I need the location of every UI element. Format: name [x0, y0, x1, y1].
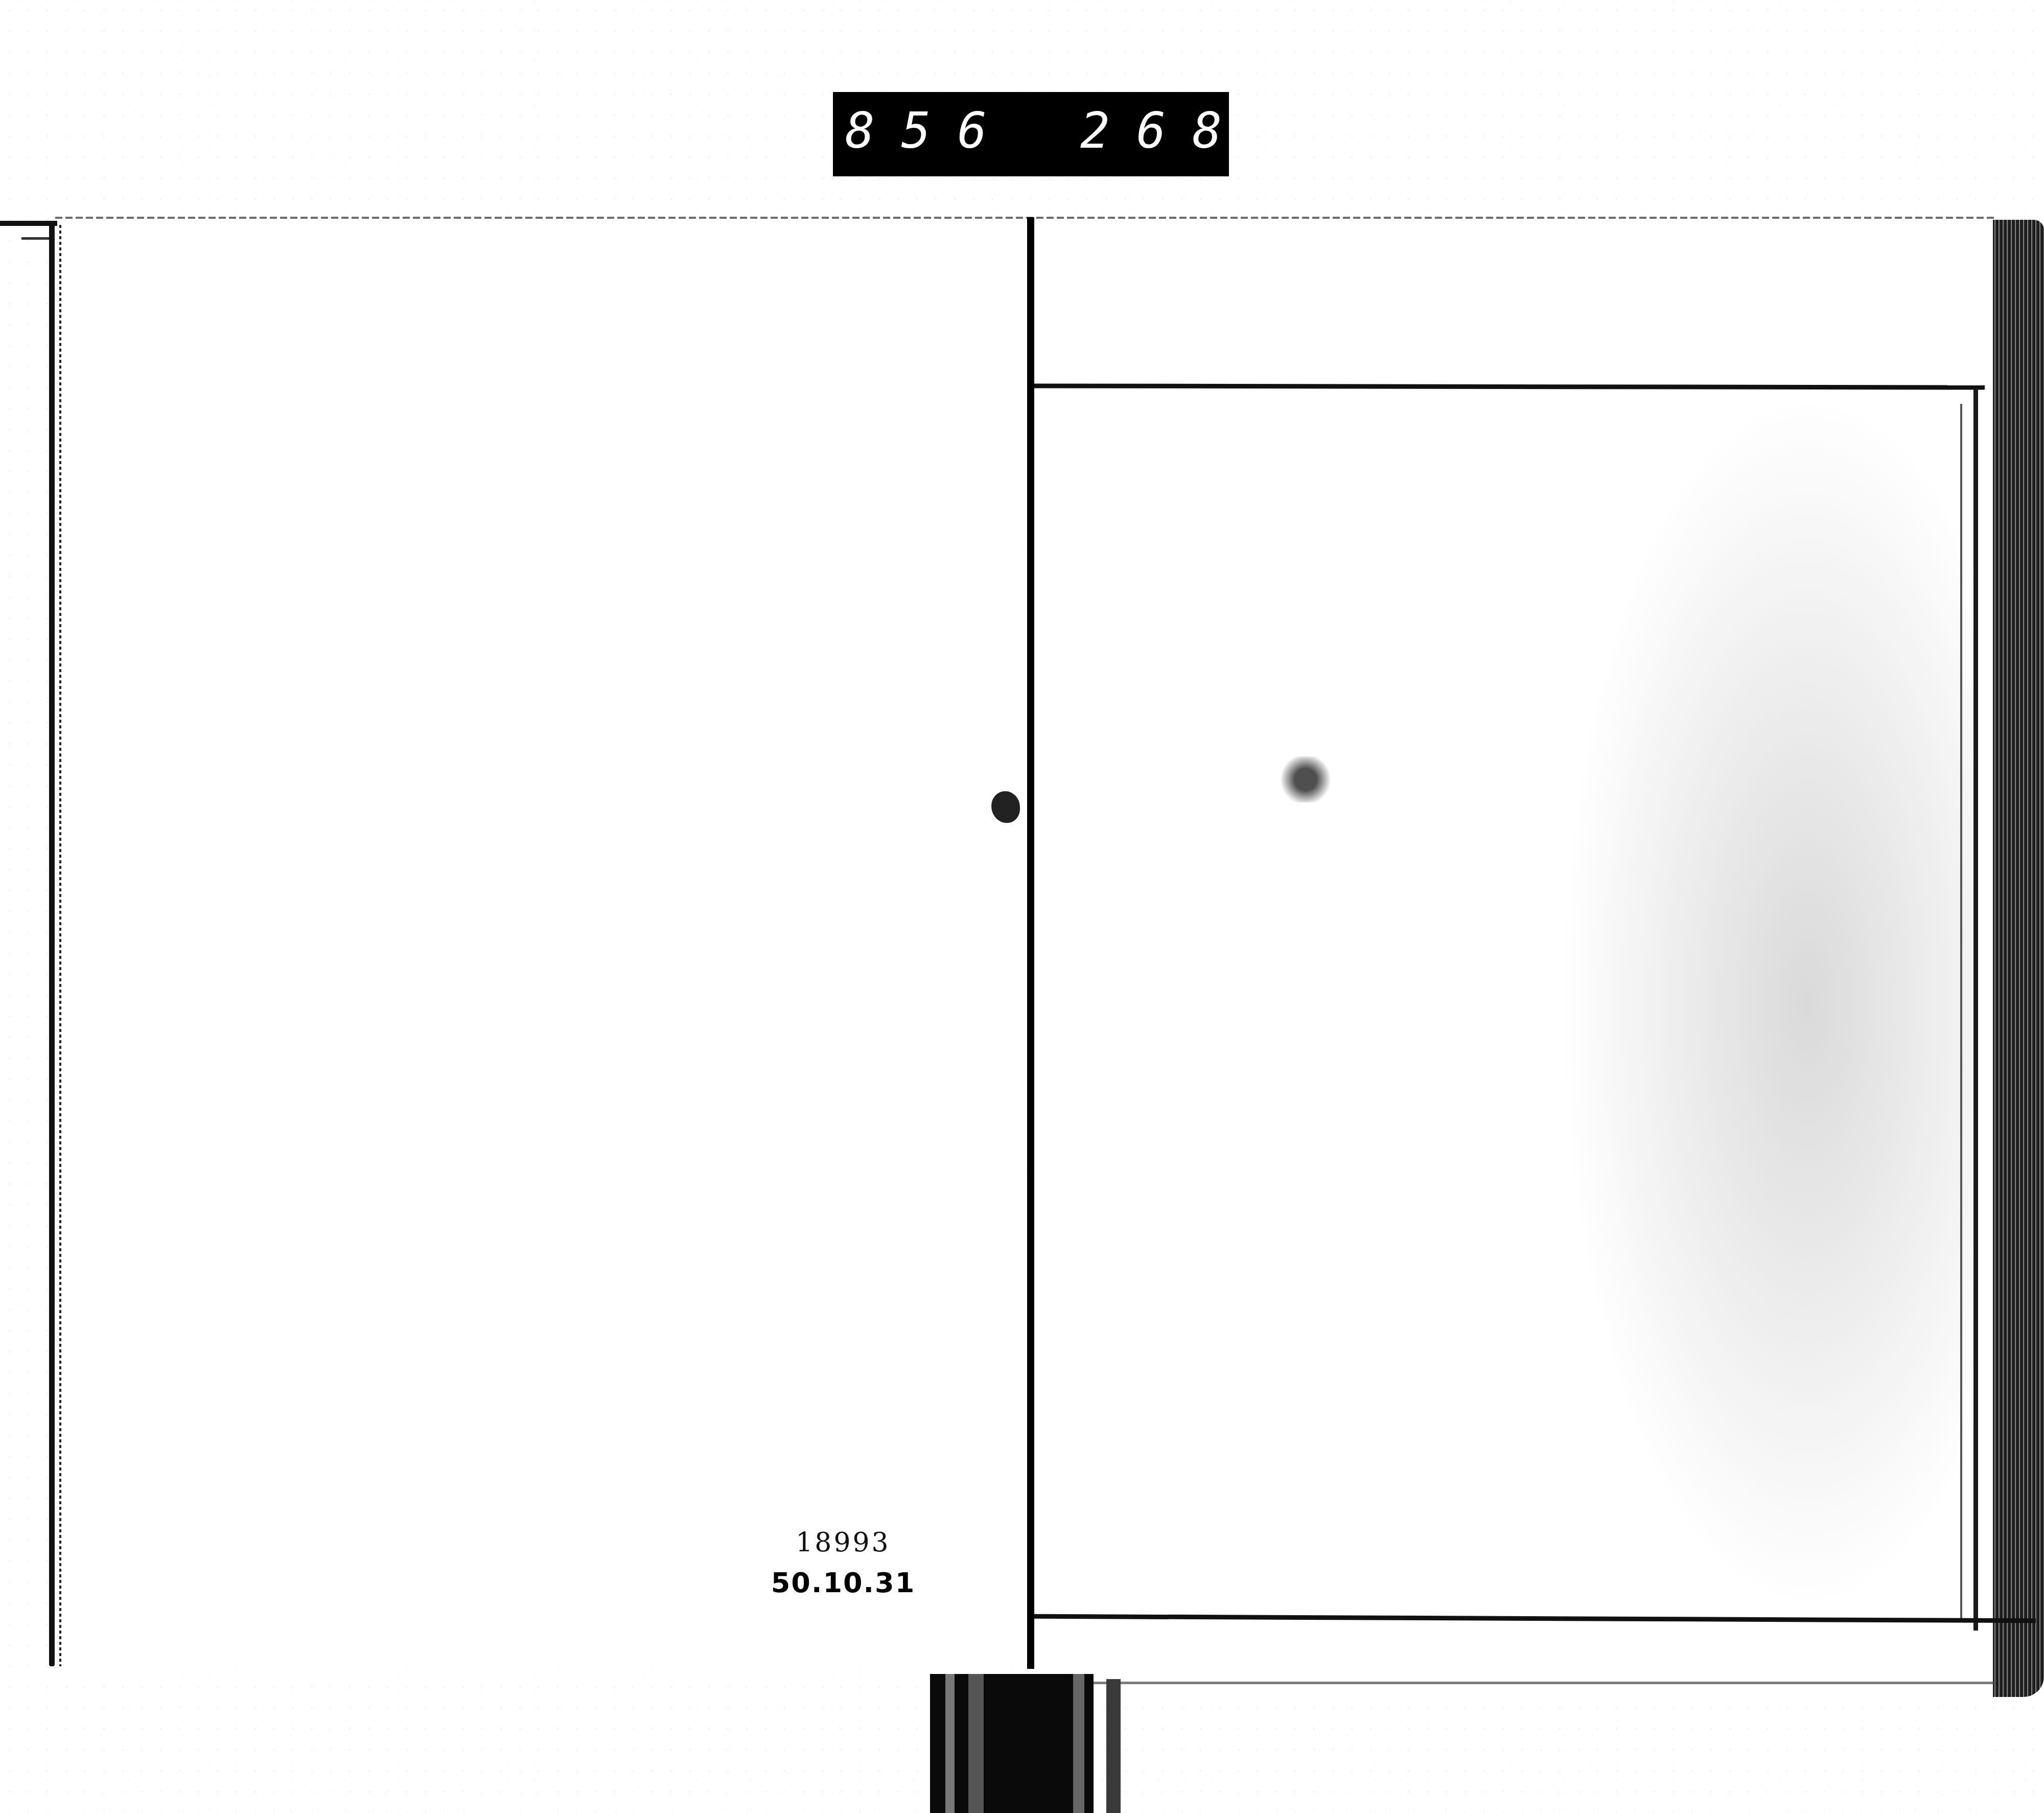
- right-page-bottom-edge: [1034, 1682, 1995, 1684]
- binding-side-strip: [1106, 1679, 1121, 1813]
- reel-number: 856: [845, 106, 1013, 155]
- book-top-edge: [55, 217, 1997, 219]
- frame-number: 268.: [1080, 106, 1305, 155]
- left-page: [51, 220, 1022, 1666]
- stamp-date: 50.10.31: [766, 1567, 920, 1599]
- left-cover-edge-inner: [21, 237, 53, 240]
- paper-stain: [1559, 388, 1972, 1615]
- border-frame-right-inner: [1960, 404, 1962, 1620]
- accession-number: 18993: [766, 1528, 920, 1557]
- ink-speck: [1277, 756, 1334, 802]
- left-page-edge: [49, 221, 55, 1666]
- page-block-fore-edge: [1993, 220, 2044, 1697]
- library-stamp: 18993 50.10.31: [766, 1528, 920, 1599]
- binding-stripe: [968, 1674, 984, 1813]
- binding-stripe: [945, 1674, 955, 1813]
- left-page-edge-inner: [59, 225, 61, 1666]
- border-frame-right: [1973, 388, 1978, 1631]
- ink-blot: [991, 791, 1020, 823]
- frame-counter: 856 268.: [833, 92, 1229, 176]
- binding-spine: [930, 1674, 1094, 1813]
- binding-stripe: [1073, 1674, 1084, 1813]
- gutter-line: [1027, 217, 1034, 1669]
